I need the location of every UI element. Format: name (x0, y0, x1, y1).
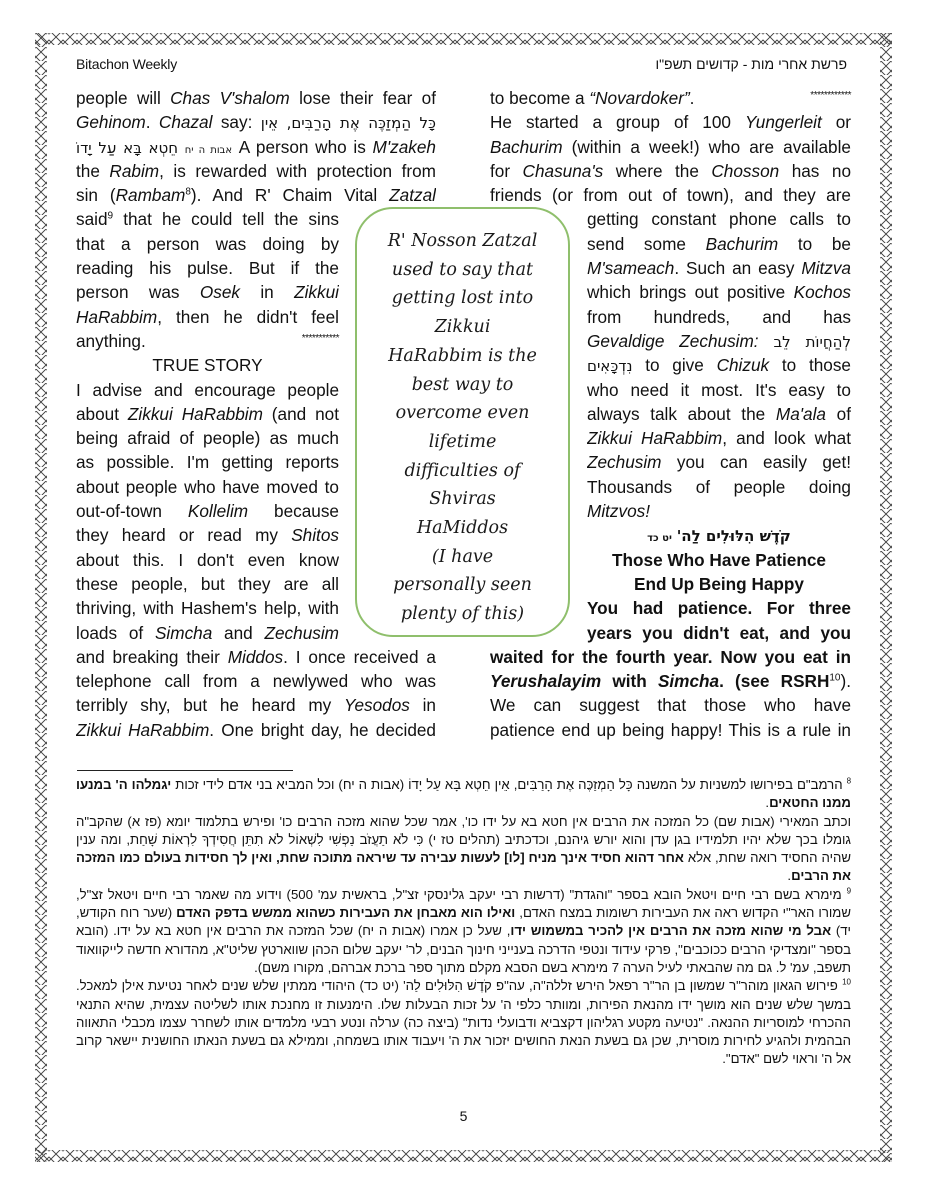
section-title-line-2: End Up Being Happy (587, 572, 851, 596)
text-line: telephone call from a newlywed who was (76, 669, 436, 693)
text-line: reading his pulse. But if the (76, 256, 339, 280)
text-line: sin (Rambam8). And R' Chaim Vital Zatzal (76, 183, 436, 207)
footnote-8: 8 הרמב"ם בפירושו למשניות על המשנה כָּל ה… (76, 776, 851, 813)
text-line: חֵטְא בָּא עַל יָדוֹ אבות ה יח A person … (76, 135, 436, 159)
text-line: out-of-town Kollelim because (76, 499, 339, 523)
text-line: Zikkui HaRabbim. One bright day, he deci… (76, 718, 436, 742)
text-line: patience end up being happy! This is a r… (490, 718, 851, 742)
text-line: these people, but they are all (76, 572, 339, 596)
text-line: HaRabbim, then he didn't feel (76, 305, 339, 329)
text-line: We can suggest that those who have (490, 693, 851, 717)
text-line: who need it most. It's easy to (587, 378, 851, 402)
text-line: thriving, with Hashem's help, with (76, 596, 339, 620)
text-line: people will Chas V'shalom lose their fea… (76, 86, 436, 110)
text-line: friends (or from out of town), and they … (490, 183, 851, 207)
text-line: Zikkui HaRabbim, and look what (587, 426, 851, 450)
text-line: נִדְכָּאִים to give Chizuk to those (587, 353, 851, 377)
text-line: said9 that he could tell the sins (76, 207, 339, 231)
text-line: loads of Simcha and Zechusim (76, 621, 339, 645)
text-line: about people who have moved to (76, 475, 339, 499)
footnotes: 8 הרמב"ם בפירושו למשניות על המשנה כָּל ה… (76, 776, 851, 1069)
text-line: as possible. I'm getting reports (76, 450, 339, 474)
text-line: terribly shy, but he heard my Yesodos in (76, 693, 436, 717)
text-line: Mitzvos! (587, 499, 851, 523)
text-line: anything.*********** (76, 329, 339, 353)
text-line: always talk about the Ma'ala of (587, 402, 851, 426)
text-line: about Zikkui HaRabbim (and not (76, 402, 339, 426)
text-line: which brings out positive Kochos (587, 280, 851, 304)
text-line: You had patience. For three (587, 596, 851, 620)
text-line: Bachurim (within a week!) who are availa… (490, 135, 851, 159)
text-line: M'sameach. Such an easy Mitzva (587, 256, 851, 280)
story-title: TRUE STORY (76, 353, 339, 377)
page-number: 5 (0, 1108, 927, 1124)
footnote-ref-10: 10 (829, 672, 840, 683)
parsha-title: פרשת אחרי מות - קדושים תשפ"ו (655, 56, 847, 72)
section-title-line-1: Those Who Have Patience (587, 548, 851, 572)
text-line: being afraid of people) as much (76, 426, 339, 450)
section-separator: *********** (302, 327, 339, 351)
decorative-border-bottom (35, 1150, 892, 1162)
section-separator: ************ (810, 84, 851, 108)
text-line: waited for the fourth year. Now you eat … (490, 645, 851, 669)
text-line: Zechusim you can easily get! (587, 450, 851, 474)
text-line: He started a group of 100 Yungerleit or (490, 110, 851, 134)
text-line: Gehinom. Chazal say: כָּל הַמְזַכֶּה אֶת… (76, 110, 436, 134)
text-line: I advise and encourage people (76, 378, 339, 402)
hebrew-heading: קֹדֶשׁ הִלּוּלִים לַה' יט כד (587, 523, 851, 547)
footnote-10: 10 פירוש הגאון מוהר"ר שמשון בן הר"ר רפאל… (76, 977, 851, 1068)
decorative-border-top (35, 33, 892, 45)
text-line: the Rabim, is rewarded with protection f… (76, 159, 436, 183)
text-line: years you didn't eat, and you (587, 621, 851, 645)
right-column: to become a “Novardoker”.************ He… (490, 86, 851, 742)
text-line: send some Bachurim to be (587, 232, 851, 256)
text-line: getting constant phone calls to (587, 207, 851, 231)
text-line: Yerushalayim with Simcha. (see RSRH. (se… (490, 669, 851, 693)
decorative-border-left (35, 33, 47, 1162)
text-line: for Chasuna's where the Chosson has no (490, 159, 851, 183)
footnote-separator (77, 770, 293, 771)
text-line: from hundreds, and has (587, 305, 851, 329)
publication-title: Bitachon Weekly (76, 56, 177, 72)
text-line: and breaking their Middos. I once receiv… (76, 645, 436, 669)
text-line: Gevaldige Zechusim: לְהַחֲיוֹת לֵב (587, 329, 851, 353)
text-line: Thousands of people doing (587, 475, 851, 499)
text-line: that a person was doing by (76, 232, 339, 256)
text-line: they heard or read my Shitos (76, 523, 339, 547)
text-line: about this. I don't even know (76, 548, 339, 572)
text-line: to become a “Novardoker”.************ (490, 86, 851, 110)
text-line: person was Osek in Zikkui (76, 280, 339, 304)
decorative-border-right (880, 33, 892, 1162)
footnote-8-continued: וכתב המאירי (אבות שם) כל המזכה את הרבים … (76, 813, 851, 886)
footnote-9: 9 מימרא בשם רבי חיים ויטאל הובא בספר "וה… (76, 886, 851, 977)
